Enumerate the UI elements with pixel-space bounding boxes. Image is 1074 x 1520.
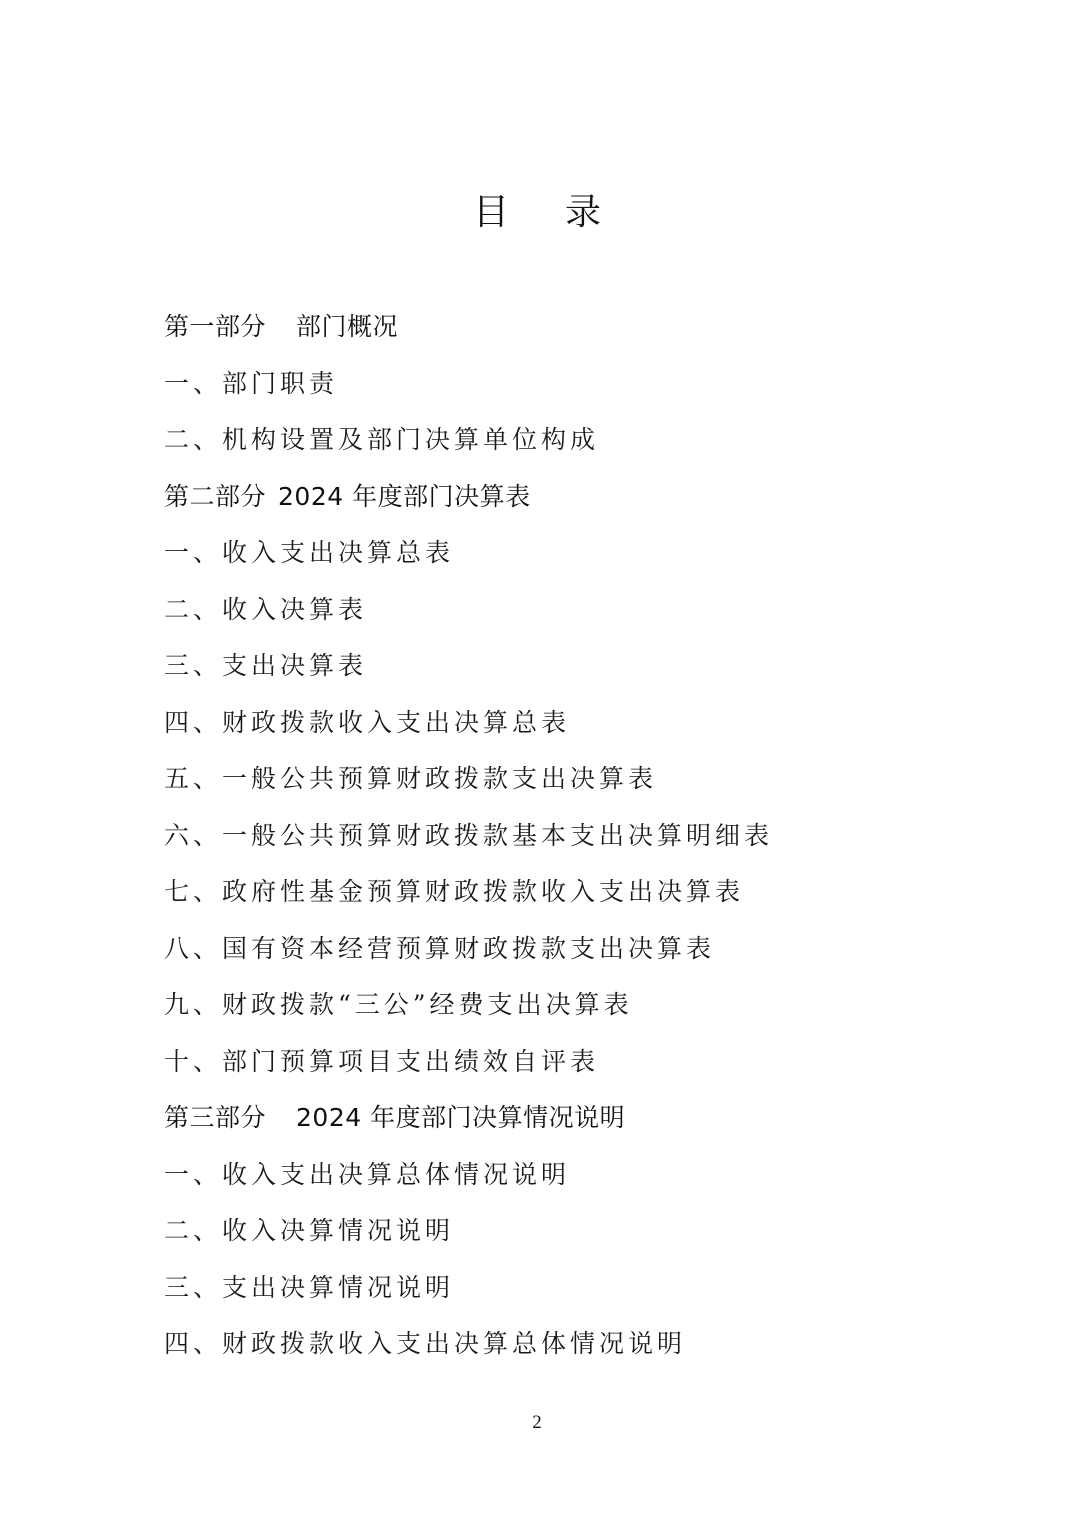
table-of-contents: 第一部分部门概况 一、部门职责 二、机构设置及部门决算单位构成 第二部分2024… xyxy=(164,304,964,1378)
page-number: 2 xyxy=(0,1412,1074,1434)
title-char-1: 目 xyxy=(473,188,509,238)
toc-entry[interactable]: 四、财政拨款收入支出决算总体情况说明 xyxy=(164,1321,964,1378)
toc-entry[interactable]: 十、部门预算项目支出绩效自评表 xyxy=(164,1039,964,1096)
toc-entry[interactable]: 一、收入支出决算总体情况说明 xyxy=(164,1152,964,1209)
part-title: 2024 年度部门决算表 xyxy=(278,482,531,511)
toc-entry[interactable]: 七、政府性基金预算财政拨款收入支出决算表 xyxy=(164,869,964,926)
toc-entry[interactable]: 一、部门职责 xyxy=(164,361,964,418)
toc-part-3[interactable]: 第三部分2024 年度部门决算情况说明 xyxy=(164,1095,964,1152)
toc-entry[interactable]: 一、收入支出决算总表 xyxy=(164,530,964,587)
toc-entry[interactable]: 二、收入决算情况说明 xyxy=(164,1208,964,1265)
part-label: 第二部分 xyxy=(164,474,266,520)
title-char-2: 录 xyxy=(565,188,601,238)
part-label: 第三部分 xyxy=(164,1095,266,1141)
toc-entry[interactable]: 二、收入决算表 xyxy=(164,587,964,644)
toc-entry[interactable]: 六、一般公共预算财政拨款基本支出决算明细表 xyxy=(164,813,964,870)
toc-part-2[interactable]: 第二部分2024 年度部门决算表 xyxy=(164,474,964,531)
toc-entry[interactable]: 三、支出决算情况说明 xyxy=(164,1265,964,1322)
toc-part-1[interactable]: 第一部分部门概况 xyxy=(164,304,964,361)
part-title: 部门概况 xyxy=(296,312,398,341)
document-page: 目录 第一部分部门概况 一、部门职责 二、机构设置及部门决算单位构成 第二部分2… xyxy=(0,0,1074,1520)
part-title: 2024 年度部门决算情况说明 xyxy=(296,1103,625,1132)
part-label: 第一部分 xyxy=(164,304,266,350)
toc-entry[interactable]: 四、财政拨款收入支出决算总表 xyxy=(164,700,964,757)
page-title: 目录 xyxy=(0,188,1074,238)
toc-entry[interactable]: 五、一般公共预算财政拨款支出决算表 xyxy=(164,756,964,813)
toc-entry[interactable]: 三、支出决算表 xyxy=(164,643,964,700)
toc-entry[interactable]: 八、国有资本经营预算财政拨款支出决算表 xyxy=(164,926,964,983)
toc-entry[interactable]: 二、机构设置及部门决算单位构成 xyxy=(164,417,964,474)
toc-entry[interactable]: 九、财政拨款“三公”经费支出决算表 xyxy=(164,982,964,1039)
